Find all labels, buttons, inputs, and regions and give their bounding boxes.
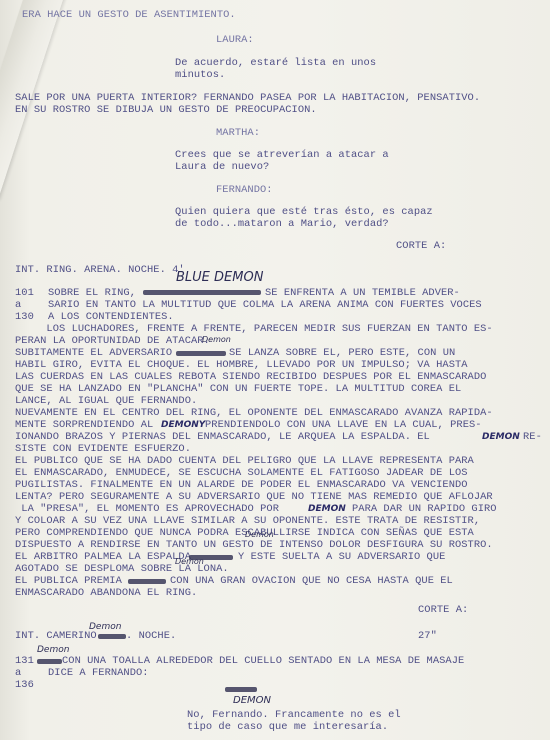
- action-line: QUE SE HA LANZADO EN "PLANCHA" CON UN FU…: [15, 383, 461, 395]
- strikethrough: [128, 579, 166, 584]
- strikethrough: [176, 351, 226, 356]
- scene-heading: INT. RING. ARENA. NOCHE. 4': [15, 264, 185, 276]
- action-line: LA "PRESA", EL MOMENTO ES APROVECHADO PO…: [15, 503, 279, 515]
- action-line: SE LANZA SOBRE EL, PERO ESTE, CON UN: [229, 347, 455, 359]
- action-line: PUGILISTAS. FINALMENTE EN UN ALARDE DE P…: [15, 479, 468, 491]
- action-line: NUEVAMENTE EN EL CENTRO DEL RING, EL OPO…: [15, 407, 493, 419]
- action-line: Y ESTE SUELTA A SU ADVERSARIO QUE: [238, 551, 445, 563]
- action-line: PRENDIENDOLO CON UNA LLAVE EN LA CUAL, P…: [205, 419, 482, 431]
- dialogue-line: Crees que se atreverían a atacar a: [175, 149, 389, 161]
- shot-number: 136: [15, 679, 34, 691]
- typed-correction: DEMONY: [161, 420, 205, 430]
- action-line: EL PUBLICO QUE SE HA DADO CUENTA DEL PEL…: [15, 455, 474, 467]
- action-line: SUBITAMENTE EL ADVERSARIO: [15, 347, 172, 359]
- dialogue-line: de todo...mataron a Mario, verdad?: [175, 218, 389, 230]
- action-line: DISPUESTO A RENDIRSE EN TANTO UN GESTO D…: [15, 539, 493, 551]
- action-line: ERA HACE UN GESTO DE ASENTIMIENTO.: [22, 9, 236, 21]
- dialogue-line: De acuerdo, estaré lista en unos: [175, 57, 376, 69]
- transition: CORTE A:: [418, 604, 468, 616]
- action-line: ENMASCARADO ABANDONA EL RING.: [15, 587, 197, 599]
- strikethrough: [98, 634, 126, 639]
- action-line: HABIL GIRO, EVITA EL CHOQUE. EL HOMBRE, …: [15, 359, 468, 371]
- character-name: FERNANDO:: [216, 184, 273, 196]
- handwritten-correction: Demon: [175, 557, 204, 566]
- duration: 27": [418, 630, 437, 642]
- dialogue-line: minutos.: [175, 69, 225, 81]
- action-line: MENTE SORPRENDIENDO AL: [15, 419, 153, 431]
- action-line: PERAN LA OPORTUNIDAD DE ATACAR.: [15, 335, 210, 347]
- dialogue-line: Quien quiera que esté tras ésto, es capa…: [175, 206, 433, 218]
- handwritten-correction: Demon: [202, 335, 231, 344]
- handwritten-correction: Demon: [245, 530, 274, 539]
- handwritten-correction: Demon: [37, 645, 69, 655]
- dialogue-line: Laura de nuevo?: [175, 161, 269, 173]
- transition: CORTE A:: [396, 240, 446, 252]
- action-line: DICE A FERNANDO:: [48, 667, 149, 679]
- character-name: MARTHA:: [216, 127, 260, 139]
- action-line: IONANDO BRAZOS Y PIERNAS DEL ENMASCARADO…: [15, 431, 430, 443]
- action-line: SISTE CON EVIDENTE ESFUERZO.: [15, 443, 191, 455]
- action-line: LOS LUCHADORES, FRENTE A FRENTE, PARECEN…: [15, 323, 493, 335]
- action-line: EL PUBLICA PREMIA: [15, 575, 122, 587]
- scene-heading: INT. CAMERINO: [15, 630, 97, 642]
- handwritten-correction: DEMON: [233, 695, 271, 706]
- action-line: EL ARBITRO PALMEA LA ESPALDA: [15, 551, 191, 563]
- action-line: A LOS CONTENDIENTES.: [48, 311, 174, 323]
- action-line: LAS CUERDAS EN LAS CUALES REBOTA SIENDO …: [15, 371, 486, 383]
- shot-number: 101: [15, 287, 34, 299]
- scene-heading: . NOCHE.: [126, 630, 176, 642]
- shot-number: 130: [15, 311, 34, 323]
- action-line: SALE POR UNA PUERTA INTERIOR? FERNANDO P…: [15, 92, 480, 104]
- action-line: SARIO EN TANTO LA MULTITUD QUE COLMA LA …: [48, 299, 482, 311]
- action-line: EN SU ROSTRO SE DIBUJA UN GESTO DE PREOC…: [15, 104, 317, 116]
- strikethrough: [225, 687, 257, 692]
- action-line: LENTA? PERO SEGURAMENTE A SU ADVERSARIO …: [15, 491, 493, 503]
- typed-correction: DEMON: [308, 504, 346, 514]
- action-line: SE ENFRENTA A UN TEMIBLE ADVER-: [265, 287, 460, 299]
- action-line: Y COLOAR A SU VEZ UNA LLAVE SIMILAR A SU…: [15, 515, 480, 527]
- dialogue-line: No, Fernando. Francamente no es el: [187, 709, 401, 721]
- action-line: CON UNA GRAN OVACION QUE NO CESA HASTA Q…: [170, 575, 453, 587]
- strikethrough: [143, 290, 261, 295]
- character-name: LAURA:: [216, 34, 254, 46]
- action-line: RE-: [523, 431, 542, 443]
- strikethrough: [37, 659, 62, 664]
- handwritten-correction: BLUE DEMON: [176, 270, 263, 285]
- action-line: LANCE, AL IGUAL QUE FERNANDO.: [15, 395, 197, 407]
- action-line: CON UNA TOALLA ALREDEDOR DEL CUELLO SENT…: [62, 655, 464, 667]
- action-line: EL ENMASCARADO, ENMUDECE, SE ESCUCHA SOL…: [15, 467, 468, 479]
- typed-correction: DEMON: [482, 432, 520, 442]
- dialogue-line: tipo de caso que me interesaría.: [187, 721, 388, 733]
- action-line: SOBRE EL RING,: [48, 287, 136, 299]
- script-page: ERA HACE UN GESTO DE ASENTIMIENTO. LAURA…: [0, 0, 550, 740]
- shot-number: a: [15, 299, 21, 311]
- shot-number: a: [15, 667, 21, 679]
- shot-number: 131: [15, 655, 34, 667]
- action-line: PARA DAR UN RAPIDO GIRO: [352, 503, 497, 515]
